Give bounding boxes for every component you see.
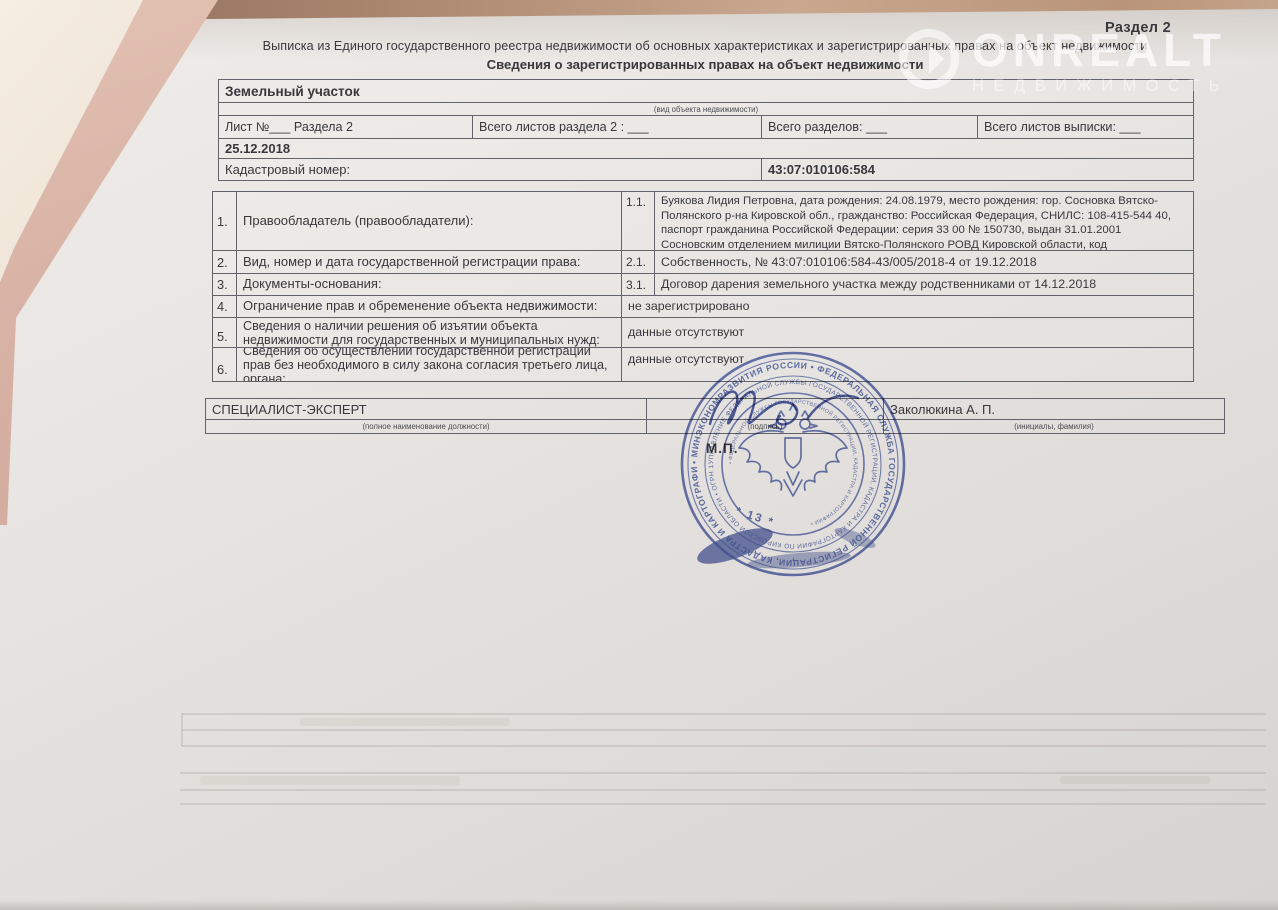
row-number: 2. [213, 251, 236, 273]
row-subnumber: 1.1. [621, 192, 654, 250]
row-label: Вид, номер и дата государственной регист… [236, 251, 621, 273]
bleed-through-line [180, 789, 1266, 791]
bleed-through-line [182, 713, 1266, 715]
row-number: 6. [213, 348, 236, 381]
bleed-through-line [182, 729, 1266, 731]
row-value: Собственность, № 43:07:010106:584-43/005… [654, 251, 1193, 273]
cadastral-number-value: 43:07:010106:584 [761, 159, 1193, 180]
table-row: 2. Вид, номер и дата государственной рег… [213, 250, 1193, 273]
document-subtitle: Сведения о зарегистрированных правах на … [218, 57, 1192, 72]
table-row: 5. Сведения о наличии решения об изъятии… [213, 317, 1193, 347]
extract-date: 25.12.2018 [219, 139, 1193, 158]
bleed-through-line [181, 713, 183, 746]
row-number: 3. [213, 274, 236, 295]
signatory-name: Заколюкина А. П. [883, 399, 1224, 419]
handwritten-signature [692, 378, 888, 440]
row-value: Договор дарения земельного участка между… [654, 274, 1193, 295]
row-label: Правообладатель (правообладатели): [236, 192, 621, 250]
row-label: Ограничение прав и обременение объекта н… [236, 296, 621, 317]
sheets-total-label: Всего листов раздела 2 : ___ [472, 116, 761, 138]
row-label: Сведения о наличии решения об изъятии об… [236, 318, 621, 347]
row-label: Сведения об осуществлении государственно… [236, 348, 621, 381]
photo-bottom-shadow [0, 900, 1278, 910]
bleed-through-line [182, 745, 1266, 747]
bleed-through-line [180, 772, 1266, 774]
row-number: 1. [213, 192, 236, 250]
row-label: Документы-основания: [236, 274, 621, 295]
row-value: не зарегистрировано [621, 296, 1193, 317]
row-number: 4. [213, 296, 236, 317]
document-title: Выписка из Единого государственного реес… [218, 39, 1192, 53]
photo-of-document: Раздел 2 Выписка из Единого государствен… [0, 0, 1278, 910]
row-value: Буякова Лидия Петровна, дата рождения: 2… [654, 192, 1193, 250]
header-table: Земельный участок (вид объекта недвижимо… [218, 79, 1194, 181]
row-number: 5. [213, 318, 236, 347]
section-label: Раздел 2 [1073, 20, 1203, 36]
object-type: Земельный участок [219, 80, 1193, 102]
object-type-caption: (вид объекта недвижимости) [219, 103, 1193, 115]
position-caption: (полное наименование должности) [206, 420, 646, 433]
name-caption: (инициалы, фамилия) [883, 420, 1224, 433]
bleed-through-smudge [1060, 776, 1210, 784]
bleed-through-smudge [200, 776, 460, 785]
extract-sheets-label: Всего листов выписки: ___ [977, 116, 1193, 138]
row-subnumber: 2.1. [621, 251, 654, 273]
position-value: СПЕЦИАЛИСТ-ЭКСПЕРТ [206, 399, 646, 419]
bleed-through-line [180, 803, 1266, 805]
sheet-number-label: Лист №___ Раздела 2 [219, 116, 472, 138]
table-row: 3. Документы-основания: 3.1. Договор дар… [213, 273, 1193, 295]
row-subnumber: 3.1. [621, 274, 654, 295]
bleed-through-smudge [300, 718, 510, 726]
row-value: данные отсутствуют [621, 318, 1193, 347]
table-row: 4. Ограничение прав и обременение объект… [213, 295, 1193, 317]
cadastral-number-label: Кадастровый номер: [219, 159, 761, 180]
table-row: 1. Правообладатель (правообладатели): 1.… [213, 192, 1193, 250]
sections-total-label: Всего разделов: ___ [761, 116, 977, 138]
